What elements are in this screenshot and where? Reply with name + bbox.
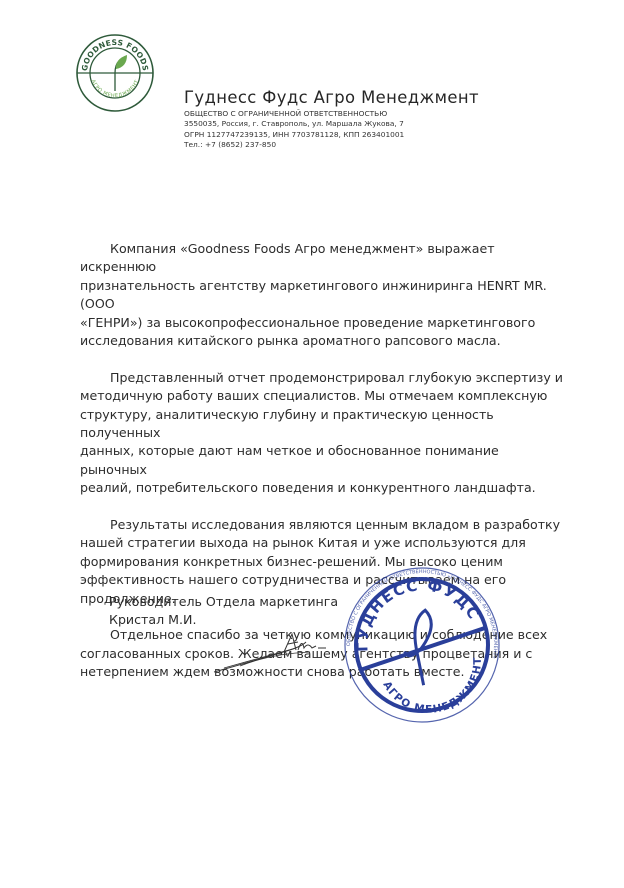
signatory-position: Руководитель Отдела маркетинга (109, 593, 338, 611)
registration-numbers: ОГРН 1127747239135, ИНН 7703781128, КПП … (184, 130, 479, 140)
goodness-foods-logo-icon: GOODNESS FOODS АГРО МЕНЕДЖМЕНТ (75, 33, 155, 113)
signature-scribble-icon (210, 628, 330, 678)
svg-text:АГРО МЕНЕДЖМЕНТ: АГРО МЕНЕДЖМЕНТ (378, 655, 491, 723)
signature-block: Руководитель Отдела маркетинга Кристал М… (109, 593, 338, 629)
handwritten-signature (210, 628, 330, 678)
legal-form: ОБЩЕСТВО С ОГРАНИЧЕННОЙ ОТВЕТСТВЕННОСТЬЮ (184, 109, 479, 119)
company-logo: GOODNESS FOODS АГРО МЕНЕДЖМЕНТ (75, 33, 155, 113)
company-name: Гуднесс Фудс Агро Менеджмент (184, 88, 479, 108)
signatory-name: Кристал М.И. (109, 611, 338, 629)
paragraph-gratitude: Компания «Goodness Foods Агро менеджмент… (80, 240, 566, 350)
company-address: 3550035, Россия, г. Ставрополь, ул. Марш… (184, 119, 479, 129)
company-phone: Тел.: +7 (8652) 237-850 (184, 140, 479, 150)
company-stamp: ОБЩЕСТВО С ОГРАНИЧЕННОЙ ОТВЕТСТВЕННОСТЬЮ… (342, 565, 502, 725)
round-seal-icon: ОБЩЕСТВО С ОГРАНИЧЕННОЙ ОТВЕТСТВЕННОСТЬЮ… (342, 565, 502, 725)
paragraph-report-quality: Представленный отчет продемонстрировал г… (80, 369, 566, 498)
letterhead: Гуднесс Фудс Агро Менеджмент ОБЩЕСТВО С … (184, 88, 479, 151)
